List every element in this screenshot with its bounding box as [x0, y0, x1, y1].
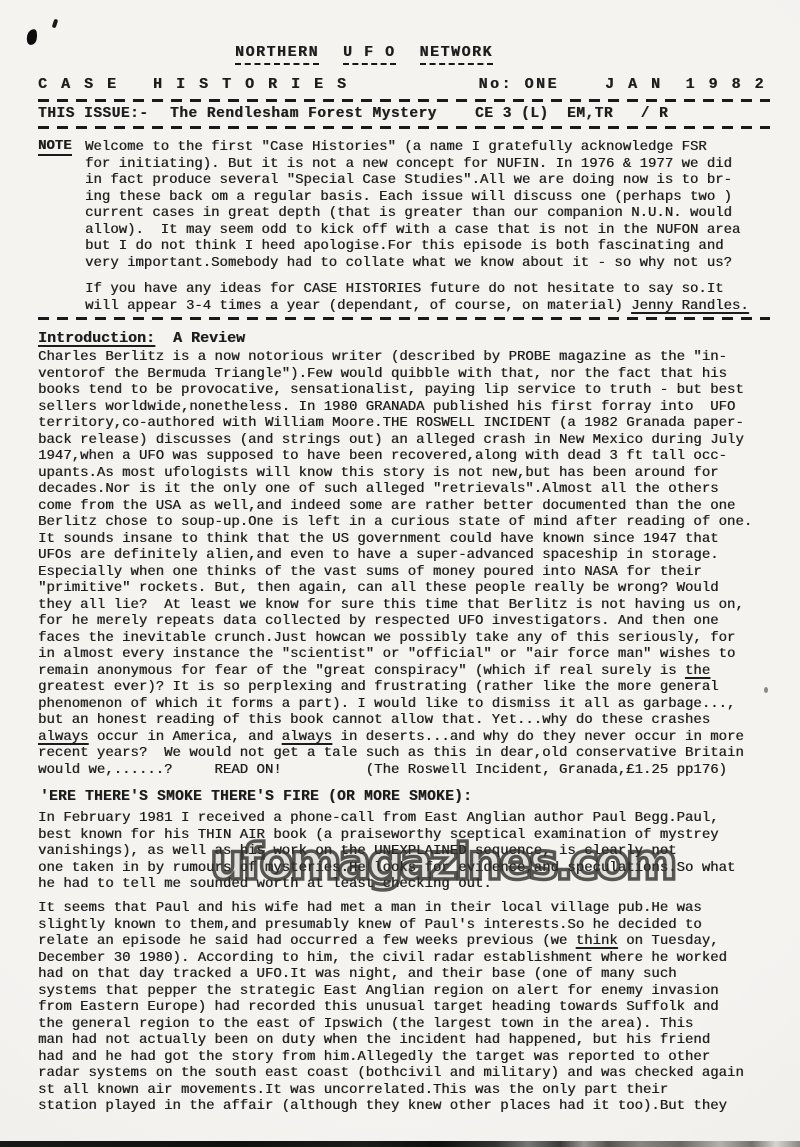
masthead-word-ufo: U F O — [343, 44, 396, 65]
issue-title: The Rendlesham Forest Mystery — [170, 106, 437, 122]
dashed-rule-intro — [38, 317, 770, 320]
issue-row: THIS ISSUE:- The Rendlesham Forest Myste… — [38, 106, 770, 124]
doc-title-case-histories: C A S E H I S T O R I E S — [38, 76, 349, 93]
title-row: C A S E H I S T O R I E S No: ONE J A N … — [38, 76, 766, 93]
scan-speck — [764, 687, 768, 693]
note-paragraph-2: If you have any ideas for CASE HISTORIES… — [85, 281, 775, 314]
scanned-newsletter-page: NORTHERN U F O NETWORK C A S E H I S T O… — [0, 0, 800, 1147]
smoke-paragraph-2: It seems that Paul and his wife had met … — [38, 900, 778, 1115]
dashed-rule-issue — [38, 126, 770, 129]
ink-mark — [52, 19, 59, 29]
section-heading-introduction: Introduction: A Review — [38, 331, 245, 348]
watermark-ufomagazines: ufomagazines.com — [210, 833, 674, 891]
section-heading-smoke: 'ERE THERE'S SMOKE THERE'S FIRE (OR MORE… — [40, 789, 472, 806]
dashed-rule-top — [38, 99, 770, 102]
case-classification-code: CE 3 (L) EM,TR / R — [475, 106, 668, 122]
issue-number-date: No: ONE J A N 1 9 8 2 — [478, 76, 766, 93]
masthead-word-northern: NORTHERN — [235, 44, 319, 65]
masthead: NORTHERN U F O NETWORK — [0, 44, 764, 65]
masthead-word-network: NETWORK — [420, 44, 494, 65]
scan-edge-bar — [0, 1141, 800, 1147]
issue-label: THIS ISSUE:- — [38, 106, 148, 122]
note-label: NOTE — [38, 139, 72, 156]
review-paragraph: Charles Berlitz is a now notorious write… — [38, 349, 778, 778]
note-paragraph: Welcome to the first "Case Histories" (a… — [85, 139, 775, 271]
